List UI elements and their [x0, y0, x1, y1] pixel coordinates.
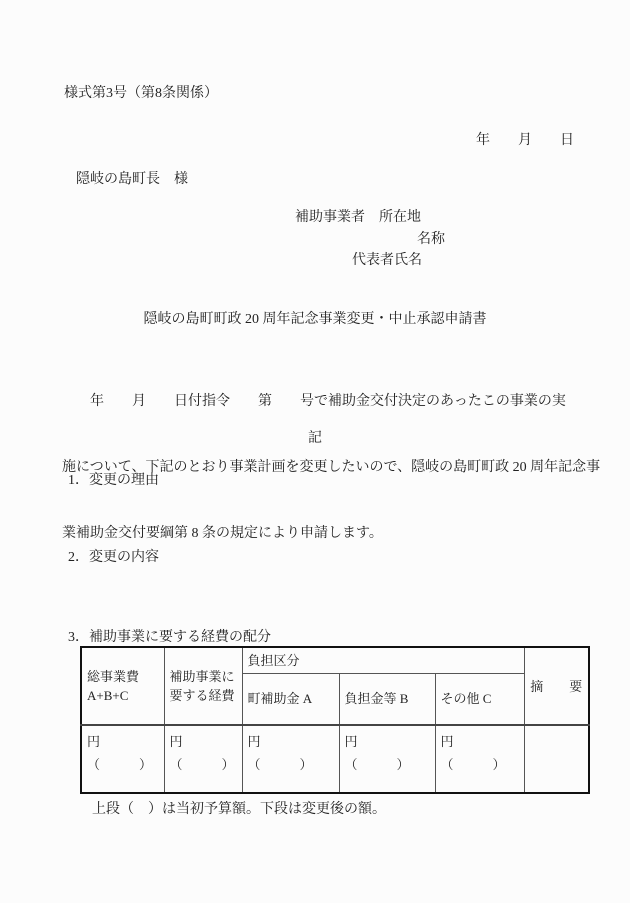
parens-blank: （ ） — [87, 757, 152, 772]
parens-blank: （ ） — [248, 757, 313, 772]
amount-cell-total: 円（ ） — [81, 725, 164, 793]
applicant-representative-label: 代表者氏名 — [352, 249, 422, 269]
header-burden-category: 負担区分 — [242, 647, 524, 673]
document-page: 様式第3号（第8条関係） 年 月 日 隠岐の島町長 様 補助事業者 所在地 名称… — [0, 0, 630, 903]
applicant-name-label: 名称 — [417, 228, 445, 248]
applicant-address-label: 補助事業者 所在地 — [295, 206, 421, 226]
header-remarks: 摘 要 — [524, 647, 589, 725]
header-contribution: 負担金等 B — [339, 673, 435, 725]
unit-label: 円 — [441, 734, 454, 749]
header-subsidized-expense-line1: 補助事業に — [170, 669, 235, 684]
record-mark: 記 — [0, 427, 630, 447]
parens-blank: （ ） — [345, 757, 410, 772]
addressee-line: 隠岐の島町長 様 — [76, 168, 188, 188]
header-total-cost-line2: A+B+C — [87, 688, 128, 703]
section-heading-reason: 1．変更の理由 — [68, 469, 159, 489]
header-total-cost: 総事業費A+B+C — [81, 647, 164, 725]
document-title: 隠岐の島町町政 20 周年記念事業変更・中止承認申請書 — [0, 308, 630, 328]
amount-cell-other: 円（ ） — [435, 725, 524, 793]
section-heading-cost-allocation: 3．補助事業に要する経費の配分 — [68, 626, 271, 646]
header-total-cost-line1: 総事業費 — [87, 669, 139, 684]
unit-label: 円 — [345, 734, 358, 749]
form-number: 様式第3号（第8条関係） — [64, 82, 218, 102]
amount-cell-contribution: 円（ ） — [339, 725, 435, 793]
amount-cell-town-subsidy: 円（ ） — [242, 725, 339, 793]
header-subsidized-expense: 補助事業に要する経費 — [164, 647, 242, 725]
header-subsidized-expense-line2: 要する経費 — [170, 688, 235, 703]
section-heading-content: 2．変更の内容 — [68, 546, 159, 566]
unit-label: 円 — [170, 734, 183, 749]
header-other: その他 C — [435, 673, 524, 725]
amount-cell-remarks — [524, 725, 589, 793]
amount-cell-expense: 円（ ） — [164, 725, 242, 793]
unit-label: 円 — [87, 734, 100, 749]
parens-blank: （ ） — [170, 757, 235, 772]
date-line: 年 月 日 — [476, 129, 574, 149]
parens-blank: （ ） — [441, 757, 506, 772]
body-line-3: 業補助金交付要綱第 8 条の規定により申請します。 — [62, 523, 600, 545]
unit-label: 円 — [248, 734, 261, 749]
footnote: 上段（ ）は当初予算額。下段は変更後の額。 — [92, 798, 386, 818]
body-line-1: 年 月 日付指令 第 号で補助金交付決定のあったこの事業の実 — [62, 391, 600, 413]
header-town-subsidy: 町補助金 A — [242, 673, 339, 725]
cost-allocation-table: 総事業費A+B+C 補助事業に要する経費 負担区分 摘 要 町補助金 A 負担金… — [80, 646, 590, 794]
